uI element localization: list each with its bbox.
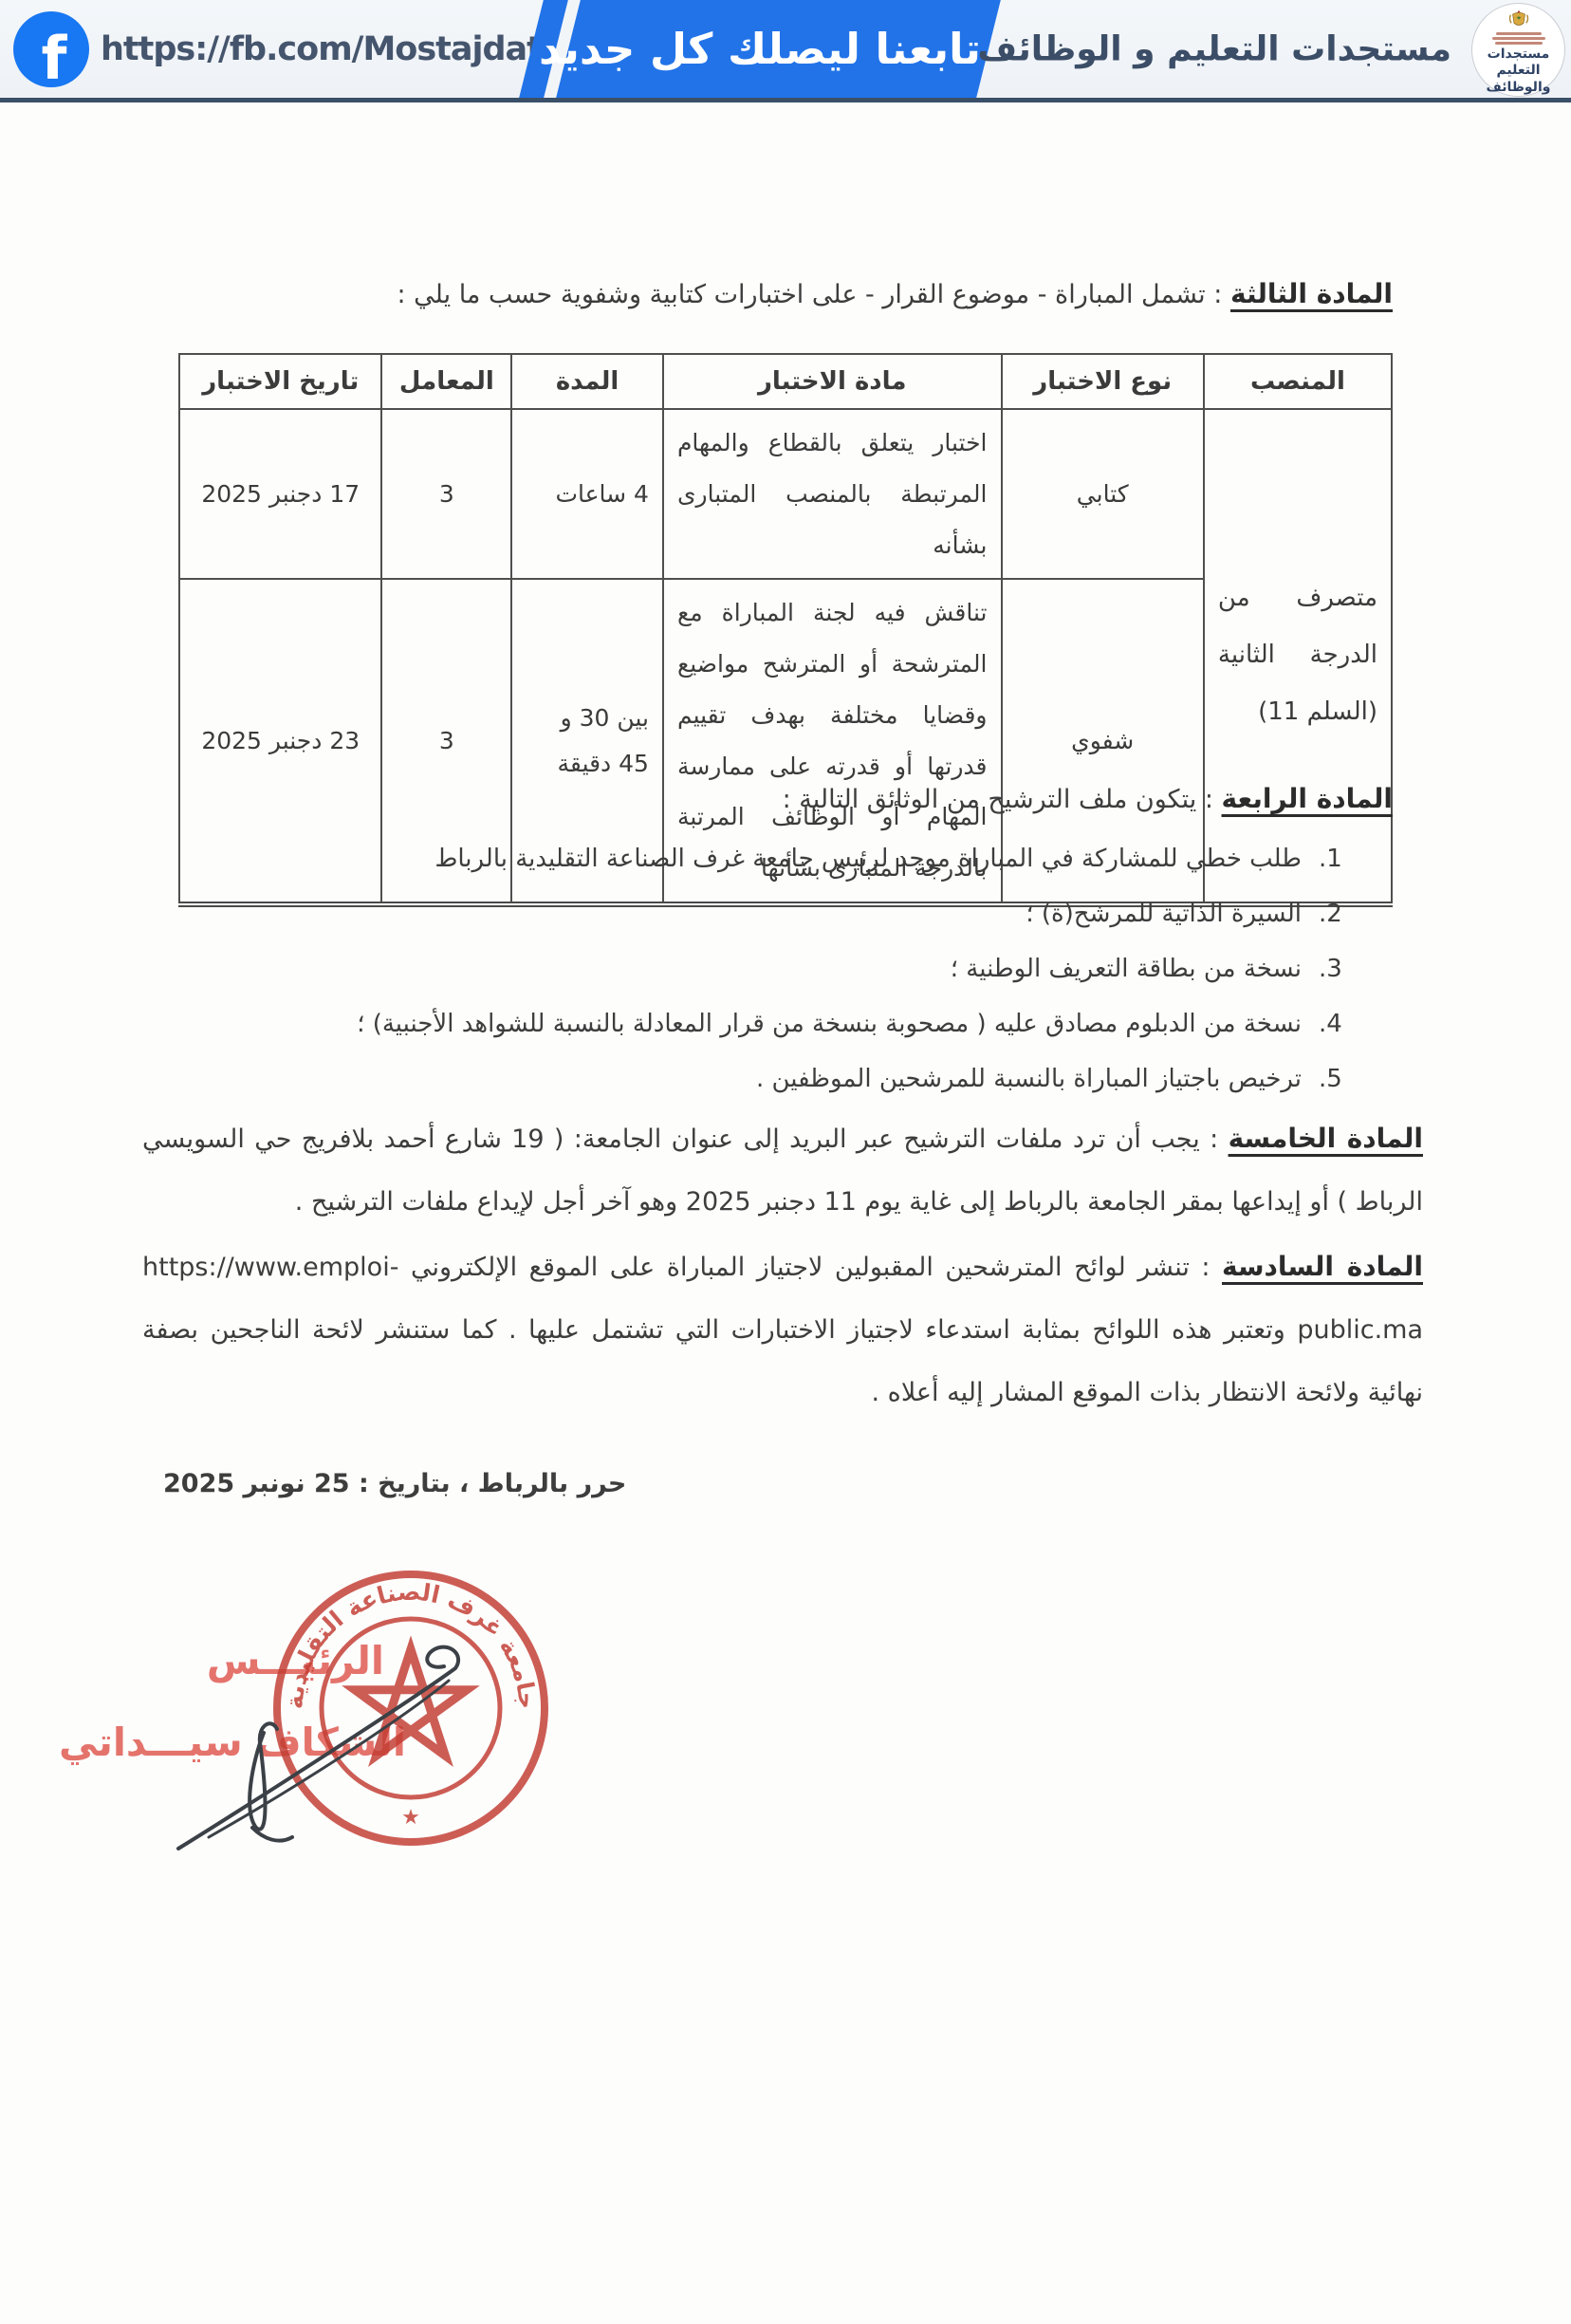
header-exam-type: نوع الاختبار [1002, 354, 1204, 409]
article-5-title: المادة الخامسة [1229, 1123, 1423, 1154]
required-documents-list: 1. طلب خطي للمشاركة في المباراة موجد لرئ… [184, 841, 1351, 1116]
logo-title-line2: والوظائف [1487, 80, 1551, 97]
header-coefficient: المعامل [381, 354, 511, 409]
article-6-text-after-url: وتعتبر هذه اللوائح بمثابة استدعاء لاجتيا… [142, 1315, 1423, 1407]
list-item-number: 5. [1319, 1061, 1351, 1098]
article-3-title: المادة الثالثة [1230, 278, 1393, 309]
cell-position: متصرف من الدرجة الثانية (السلم 11) [1204, 409, 1392, 904]
article-4-heading: المادة الرابعة : يتكون ملف الترشيح من ال… [169, 778, 1393, 821]
site-logo: مستجدات التعليم والوظائف [1471, 3, 1565, 97]
list-item-text: ترخيص باجتياز المباراة بالنسبة للمرشحين … [756, 1061, 1302, 1098]
header-duration: المدة [511, 354, 663, 409]
table-row: متصرف من الدرجة الثانية (السلم 11) كتابي… [179, 409, 1392, 579]
list-item: 4. نسخة من الدبلوم مصادق عليه ( مصحوبة ب… [184, 1006, 1351, 1043]
list-item-text: نسخة من الدبلوم مصادق عليه ( مصحوبة بنسخ… [357, 1006, 1302, 1043]
list-item: 3. نسخة من بطاقة التعريف الوطنية ؛ [184, 951, 1351, 988]
cell-duration: 4 ساعات [511, 409, 663, 579]
article-3-heading: المادة الثالثة : تشمل المباراة - موضوع ا… [169, 273, 1393, 316]
logo-title-line1: مستجدات التعليم [1472, 46, 1564, 80]
article-4-title: المادة الرابعة [1222, 783, 1393, 814]
ministry-emblem-icon [1503, 9, 1535, 30]
header-exam-date: تاريخ الاختبار [179, 354, 381, 409]
exam-table: المنصب نوع الاختبار مادة الاختبار المدة … [178, 353, 1393, 907]
logo-text-line-decoration [1492, 37, 1545, 40]
cell-exam-date: 17 دجنبر 2025 [179, 409, 381, 579]
cell-exam-type: كتابي [1002, 409, 1204, 579]
article-6-paragraph: المادة السادسة : تنشر لوائح المترشحين ال… [142, 1236, 1423, 1424]
table-header-row: المنصب نوع الاختبار مادة الاختبار المدة … [179, 354, 1392, 409]
cell-coefficient: 3 [381, 409, 511, 579]
logo-text-line-decoration [1495, 42, 1543, 45]
header-position: المنصب [1204, 354, 1392, 409]
logo-text-line-decoration [1496, 32, 1542, 35]
article-6-title: المادة السادسة [1222, 1251, 1423, 1282]
article-4-text: : يتكون ملف الترشيح من الوثائق التالية : [783, 785, 1213, 814]
list-item-number: 4. [1319, 1006, 1351, 1043]
list-item: 1. طلب خطي للمشاركة في المباراة موجد لرئ… [184, 841, 1351, 878]
article-5-paragraph: المادة الخامسة : يجب أن ترد ملفات الترشي… [142, 1108, 1423, 1234]
cell-exam-subject: اختبار يتعلق بالقطاع والمهام المرتبطة با… [663, 409, 1002, 579]
list-item-number: 3. [1319, 951, 1351, 988]
article-3-text: : تشمل المباراة - موضوع القرار - على اخت… [397, 280, 1222, 309]
list-item: 2. السيرة الذاتية للمرشح(ة) ؛ [184, 896, 1351, 933]
list-item-text: طلب خطي للمشاركة في المباراة موجد لرئيس … [434, 841, 1302, 878]
signature-scribble [121, 1600, 539, 1875]
logo-small-print [1492, 32, 1545, 45]
issue-date-line: حرر بالرباط ، بتاريخ : 25 نونبر 2025 [163, 1469, 626, 1498]
article-6-text-before-url: : تنشر لوائح المترشحين المقبولين لاجتياز… [411, 1253, 1211, 1282]
document-content: المادة الثالثة : تشمل المباراة - موضوع ا… [0, 0, 1571, 2324]
list-item-number: 2. [1319, 896, 1351, 933]
list-item-number: 1. [1319, 841, 1351, 878]
list-item-text: السيرة الذاتية للمرشح(ة) ؛ [1026, 896, 1302, 933]
header-exam-subject: مادة الاختبار [663, 354, 1002, 409]
list-item: 5. ترخيص باجتياز المباراة بالنسبة للمرشح… [184, 1061, 1351, 1098]
list-item-text: نسخة من بطاقة التعريف الوطنية ؛ [951, 951, 1302, 988]
scanned-document-page: f https://fb.com/MostajdatMaroc تابعنا ل… [0, 0, 1571, 2324]
